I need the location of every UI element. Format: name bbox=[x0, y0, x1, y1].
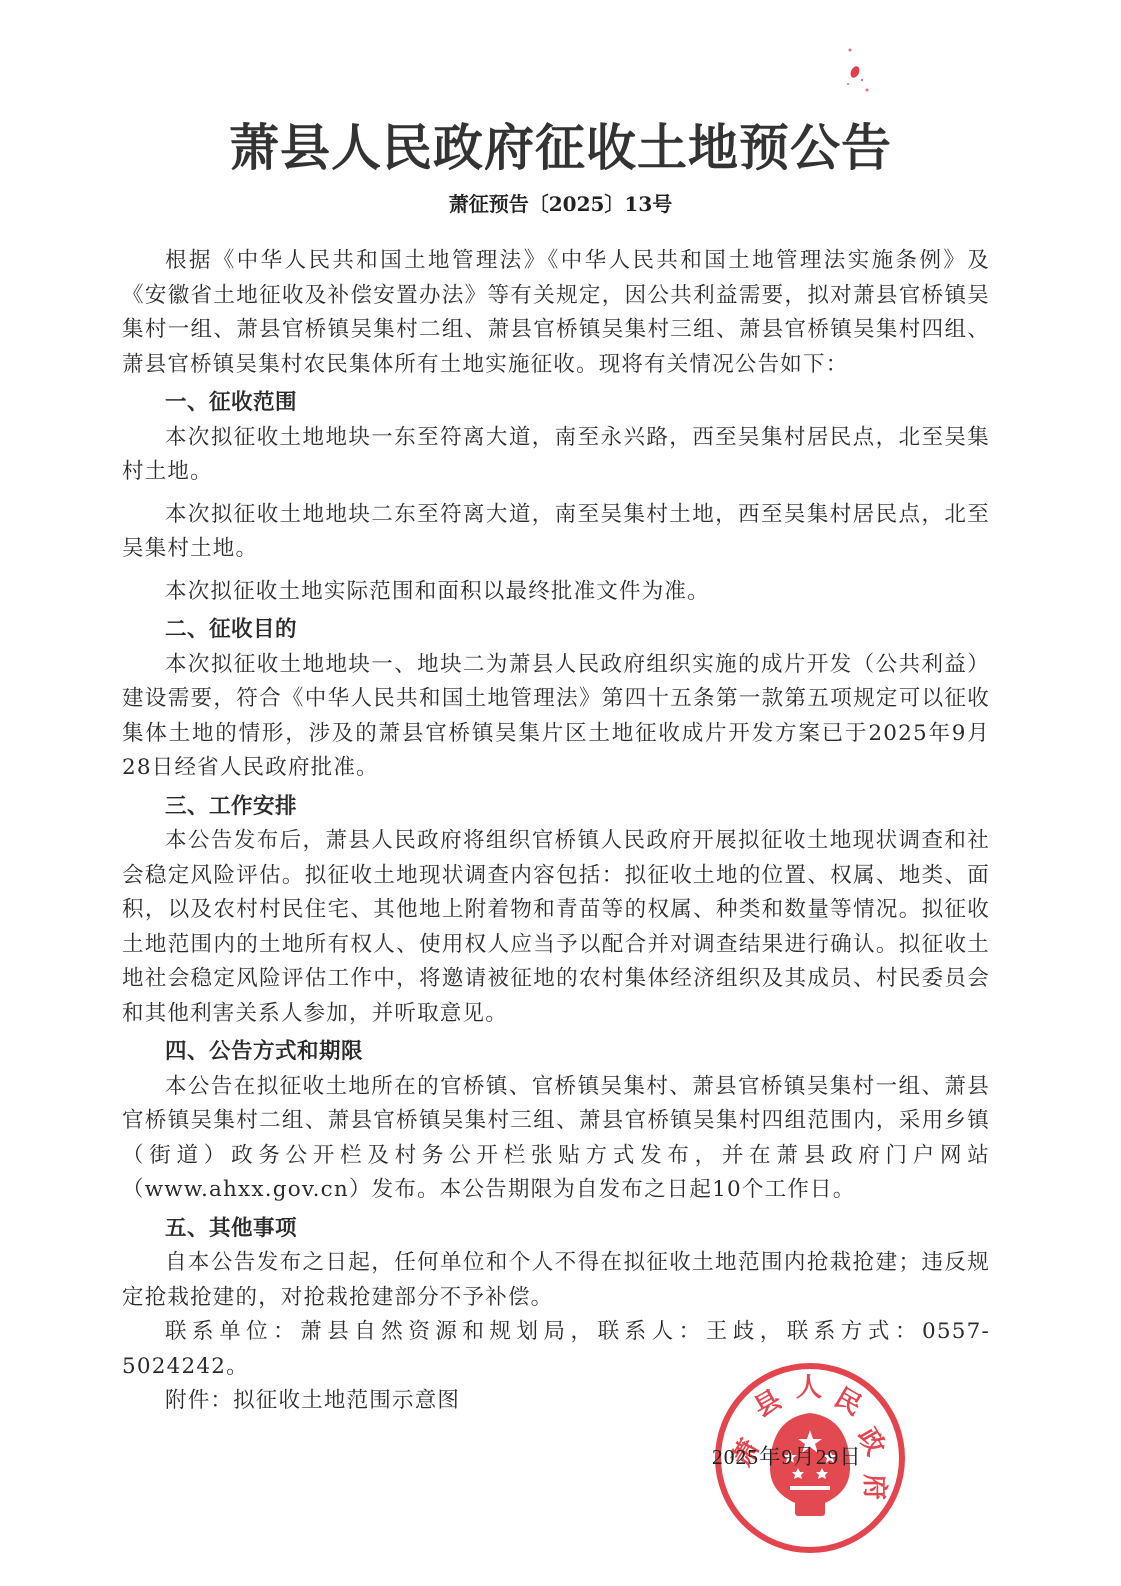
section-paragraph: 本公告在拟征收土地所在的官桥镇、官桥镇吴集村、萧县官桥镇吴集村一组、萧县官桥镇吴… bbox=[122, 1070, 990, 1208]
section-heading-scope: 一、征收范围 bbox=[122, 386, 990, 421]
section-heading-other-matters: 五、其他事项 bbox=[122, 1212, 990, 1247]
section-heading-arrangement: 三、工作安排 bbox=[122, 790, 990, 825]
svg-text:人: 人 bbox=[796, 1373, 822, 1403]
section-paragraph: 本次拟征收土地实际范围和面积以最终批准文件为准。 bbox=[122, 575, 990, 610]
document-body: 根据《中华人民共和国土地管理法》《中华人民共和国土地管理法实施条例》及《安徽省土… bbox=[122, 244, 990, 1419]
svg-text:县: 县 bbox=[749, 1385, 787, 1424]
section-heading-purpose: 二、征收目的 bbox=[122, 613, 990, 648]
svg-text:府: 府 bbox=[859, 1474, 889, 1500]
section-paragraph: 本公告发布后，萧县人民政府将组织官桥镇人民政府开展拟征收土地现状调查和社会稳定风… bbox=[122, 824, 990, 1031]
svg-text:民: 民 bbox=[829, 1383, 867, 1422]
issue-date: 2025年9月29日 bbox=[712, 1440, 862, 1471]
section-paragraph: 本次拟征收土地地块二东至符离大道，南至吴集村土地，西至吴集村居民点，北至吴集村土… bbox=[122, 498, 990, 567]
intro-paragraph: 根据《中华人民共和国土地管理法》《中华人民共和国土地管理法实施条例》及《安徽省土… bbox=[122, 244, 990, 382]
section-paragraph: 本次拟征收土地地块一、地块二为萧县人民政府组织实施的成片开发（公共利益）建设需要… bbox=[122, 648, 990, 786]
section-paragraph: 本次拟征收土地地块一东至符离大道，南至永兴路，西至吴集村居民点，北至吴集村土地。 bbox=[122, 421, 990, 490]
section-paragraph: 自本公告发布之日起，任何单位和个人不得在拟征收土地范围内抢栽抢建；违反规定抢栽抢… bbox=[122, 1246, 990, 1315]
section-heading-notice-method: 四、公告方式和期限 bbox=[122, 1035, 990, 1070]
red-ink-speck bbox=[840, 44, 870, 94]
document-title: 萧县人民政府征收土地预公告 bbox=[0, 108, 1121, 180]
document-page: 萧县人民政府征收土地预公告 萧征预告〔2025〕13号 根据《中华人民共和国土地… bbox=[0, 0, 1121, 1586]
document-number: 萧征预告〔2025〕13号 bbox=[0, 188, 1121, 217]
